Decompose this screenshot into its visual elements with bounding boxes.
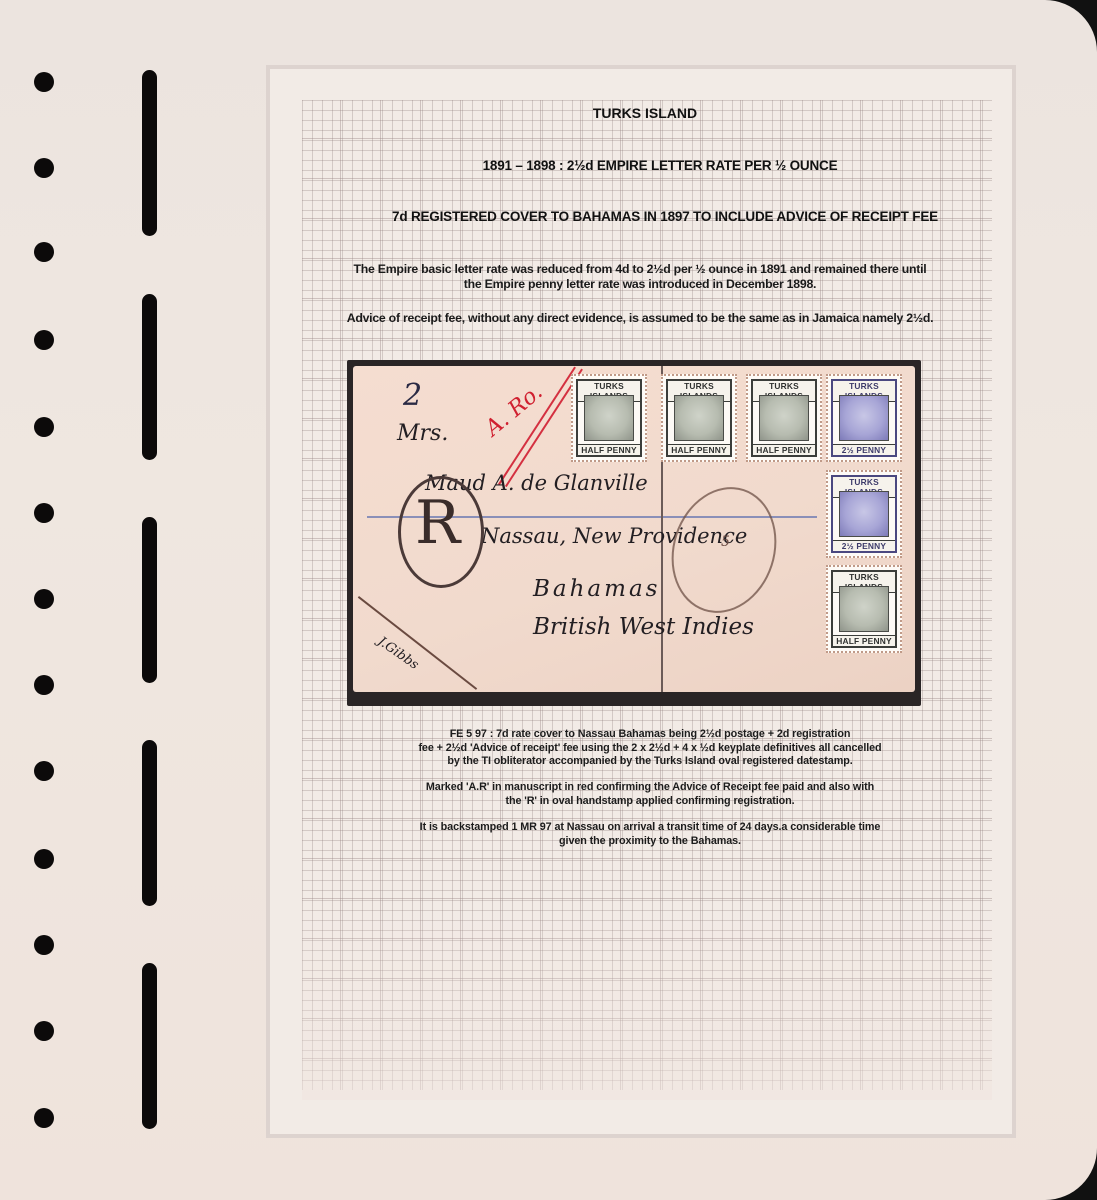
binder-slot	[142, 517, 157, 683]
ar-manuscript: A. Ro.	[481, 380, 548, 442]
binder-hole	[34, 330, 54, 350]
album-page: TURKS ISLAND 1891 – 1898 : 2½d EMPIRE LE…	[0, 0, 1097, 1200]
intro-paragraph: The Empire basic letter rate was reduced…	[310, 262, 970, 292]
binder-hole	[34, 675, 54, 695]
binder-slot	[142, 294, 157, 460]
binder-hole	[34, 242, 54, 262]
stamp: TURKS ISLANDSHALF PENNY	[746, 374, 822, 462]
oval-datestamp	[656, 473, 793, 626]
binder-hole	[34, 935, 54, 955]
binder-hole	[34, 503, 54, 523]
binder-hole	[34, 1021, 54, 1041]
cover-heading: 7d REGISTERED COVER TO BAHAMAS IN 1897 T…	[300, 209, 1030, 224]
address-line: British West Indies	[533, 614, 754, 640]
stamp: TURKS ISLANDS2½ PENNY	[826, 470, 902, 558]
registered-cover: 2 A. Ro. Mrs. Maud A. de Glanville Nassa…	[353, 366, 915, 692]
backstamp-description: It is backstamped 1 MR 97 at Nassau on a…	[380, 821, 920, 848]
binder-hole	[34, 1108, 54, 1128]
stamp: TURKS ISLANDSHALF PENNY	[826, 565, 902, 653]
binder-hole	[34, 589, 54, 609]
cover-description: FE 5 97 : 7d rate cover to Nassau Bahama…	[380, 728, 920, 769]
binder-slot	[142, 740, 157, 906]
address-line: Bahamas	[533, 576, 660, 602]
binder-slot	[142, 70, 157, 236]
binder-hole	[34, 761, 54, 781]
binder-hole	[34, 158, 54, 178]
binder-hole	[34, 849, 54, 869]
page-title: TURKS ISLAND	[300, 105, 990, 121]
ar-description: Marked 'A.R' in manuscript in red confir…	[380, 781, 920, 808]
manuscript-number: 2	[403, 378, 422, 413]
binder-hole	[34, 72, 54, 92]
registered-r-mark: R	[415, 488, 460, 558]
binder-hole	[34, 417, 54, 437]
binder-slot	[142, 963, 157, 1129]
stamp: TURKS ISLANDS2½ PENNY	[826, 374, 902, 462]
stamp: TURKS ISLANDSHALF PENNY	[661, 374, 737, 462]
stamp: TURKS ISLANDSHALF PENNY	[571, 374, 647, 462]
period-heading: 1891 – 1898 : 2½d EMPIRE LETTER RATE PER…	[300, 158, 1020, 173]
address-line: Mrs.	[397, 421, 448, 446]
advice-note: Advice of receipt fee, without any direc…	[310, 311, 970, 326]
